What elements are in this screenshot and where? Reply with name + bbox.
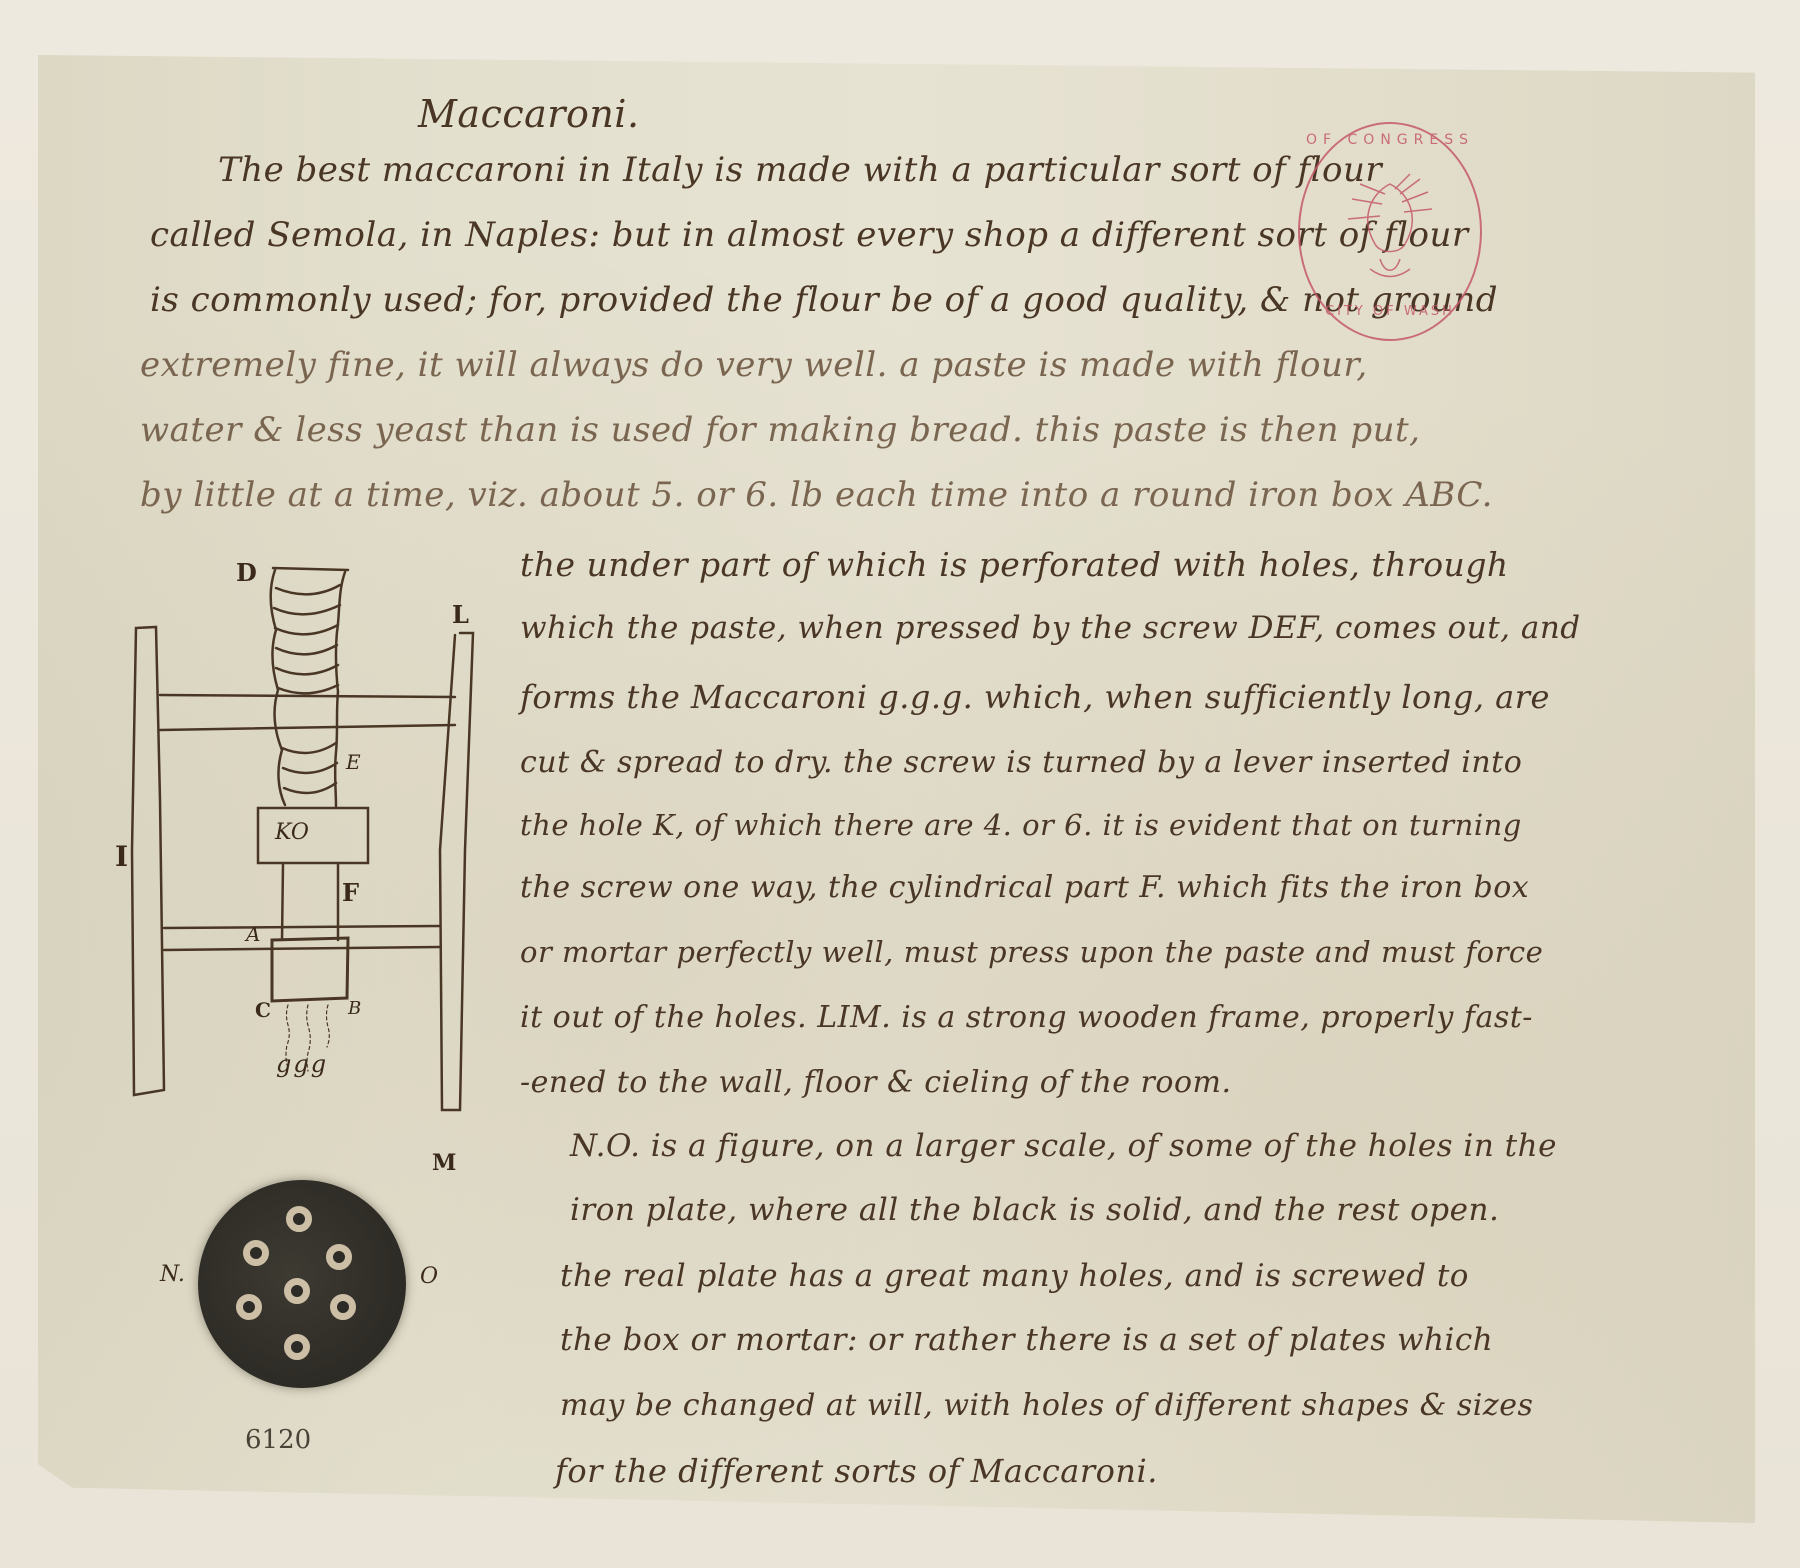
text-line: forms the Maccaroni g.g.g. which, when s… xyxy=(520,678,1550,716)
text-line: water & less yeast than is used for maki… xyxy=(140,410,1421,450)
label-a: A xyxy=(246,922,260,946)
label-i: I xyxy=(115,840,128,873)
text-line: for the different sorts of Maccaroni. xyxy=(555,1452,1158,1490)
eagle-emblem-icon xyxy=(1340,164,1440,294)
text-line: which the paste, when pressed by the scr… xyxy=(520,610,1581,646)
text-line: the screw one way, the cylindrical part … xyxy=(520,870,1529,905)
text-line: N.O. is a figure, on a larger scale, of … xyxy=(570,1128,1557,1164)
stamp-top-text: OF CONGRESS xyxy=(1300,132,1480,148)
text-line: may be changed at will, with holes of di… xyxy=(560,1388,1533,1423)
perforated-plate-figure xyxy=(198,1180,406,1388)
plate-hole xyxy=(284,1334,310,1360)
text-line: iron plate, where all the black is solid… xyxy=(570,1192,1499,1228)
text-line: the real plate has a great many holes, a… xyxy=(560,1258,1469,1294)
label-m: M xyxy=(432,1150,456,1176)
text-line: -ened to the wall, floor & cieling of th… xyxy=(520,1065,1232,1100)
library-stamp: OF CONGRESS CITY OF WASH xyxy=(1298,122,1482,341)
text-line: is commonly used; for, provided the flou… xyxy=(150,280,1498,320)
plate-hole xyxy=(286,1206,312,1232)
document-title: Maccaroni. xyxy=(418,92,640,136)
text-line: the hole K, of which there are 4. or 6. … xyxy=(520,808,1522,842)
label-f: F xyxy=(342,878,359,907)
text-line: cut & spread to dry. the screw is turned… xyxy=(520,745,1522,780)
plate-hole xyxy=(243,1240,269,1266)
text-line: called Semola, in Naples: but in almost … xyxy=(150,215,1469,255)
text-line: the under part of which is perforated wi… xyxy=(520,545,1509,584)
stamp-bottom-text: CITY OF WASH xyxy=(1300,304,1480,319)
label-c: C xyxy=(255,998,271,1022)
catalog-number: 6120 xyxy=(245,1425,311,1455)
label-n: N. xyxy=(160,1262,185,1287)
text-line: The best maccaroni in Italy is made with… xyxy=(218,150,1382,190)
label-b: B xyxy=(348,998,361,1019)
label-e: E xyxy=(346,750,361,774)
label-l: L xyxy=(452,600,469,629)
text-line: it out of the holes. LIM. is a strong wo… xyxy=(520,1000,1533,1035)
plate-hole xyxy=(326,1244,352,1270)
label-ggg: ggg xyxy=(276,1050,328,1078)
label-o: O xyxy=(420,1264,438,1289)
text-line: the box or mortar: or rather there is a … xyxy=(560,1322,1493,1358)
plate-hole xyxy=(330,1294,356,1320)
plate-hole xyxy=(284,1278,310,1304)
text-line: or mortar perfectly well, must press upo… xyxy=(520,935,1543,969)
text-line: by little at a time, viz. about 5. or 6.… xyxy=(140,475,1493,515)
text-line: extremely fine, it will always do very w… xyxy=(140,345,1368,385)
label-ko: KO xyxy=(275,820,309,845)
maccaroni-press-diagram: D L E KO I F A C B ggg M xyxy=(100,550,500,1174)
plate-hole xyxy=(236,1294,262,1320)
label-d: D xyxy=(236,558,257,587)
